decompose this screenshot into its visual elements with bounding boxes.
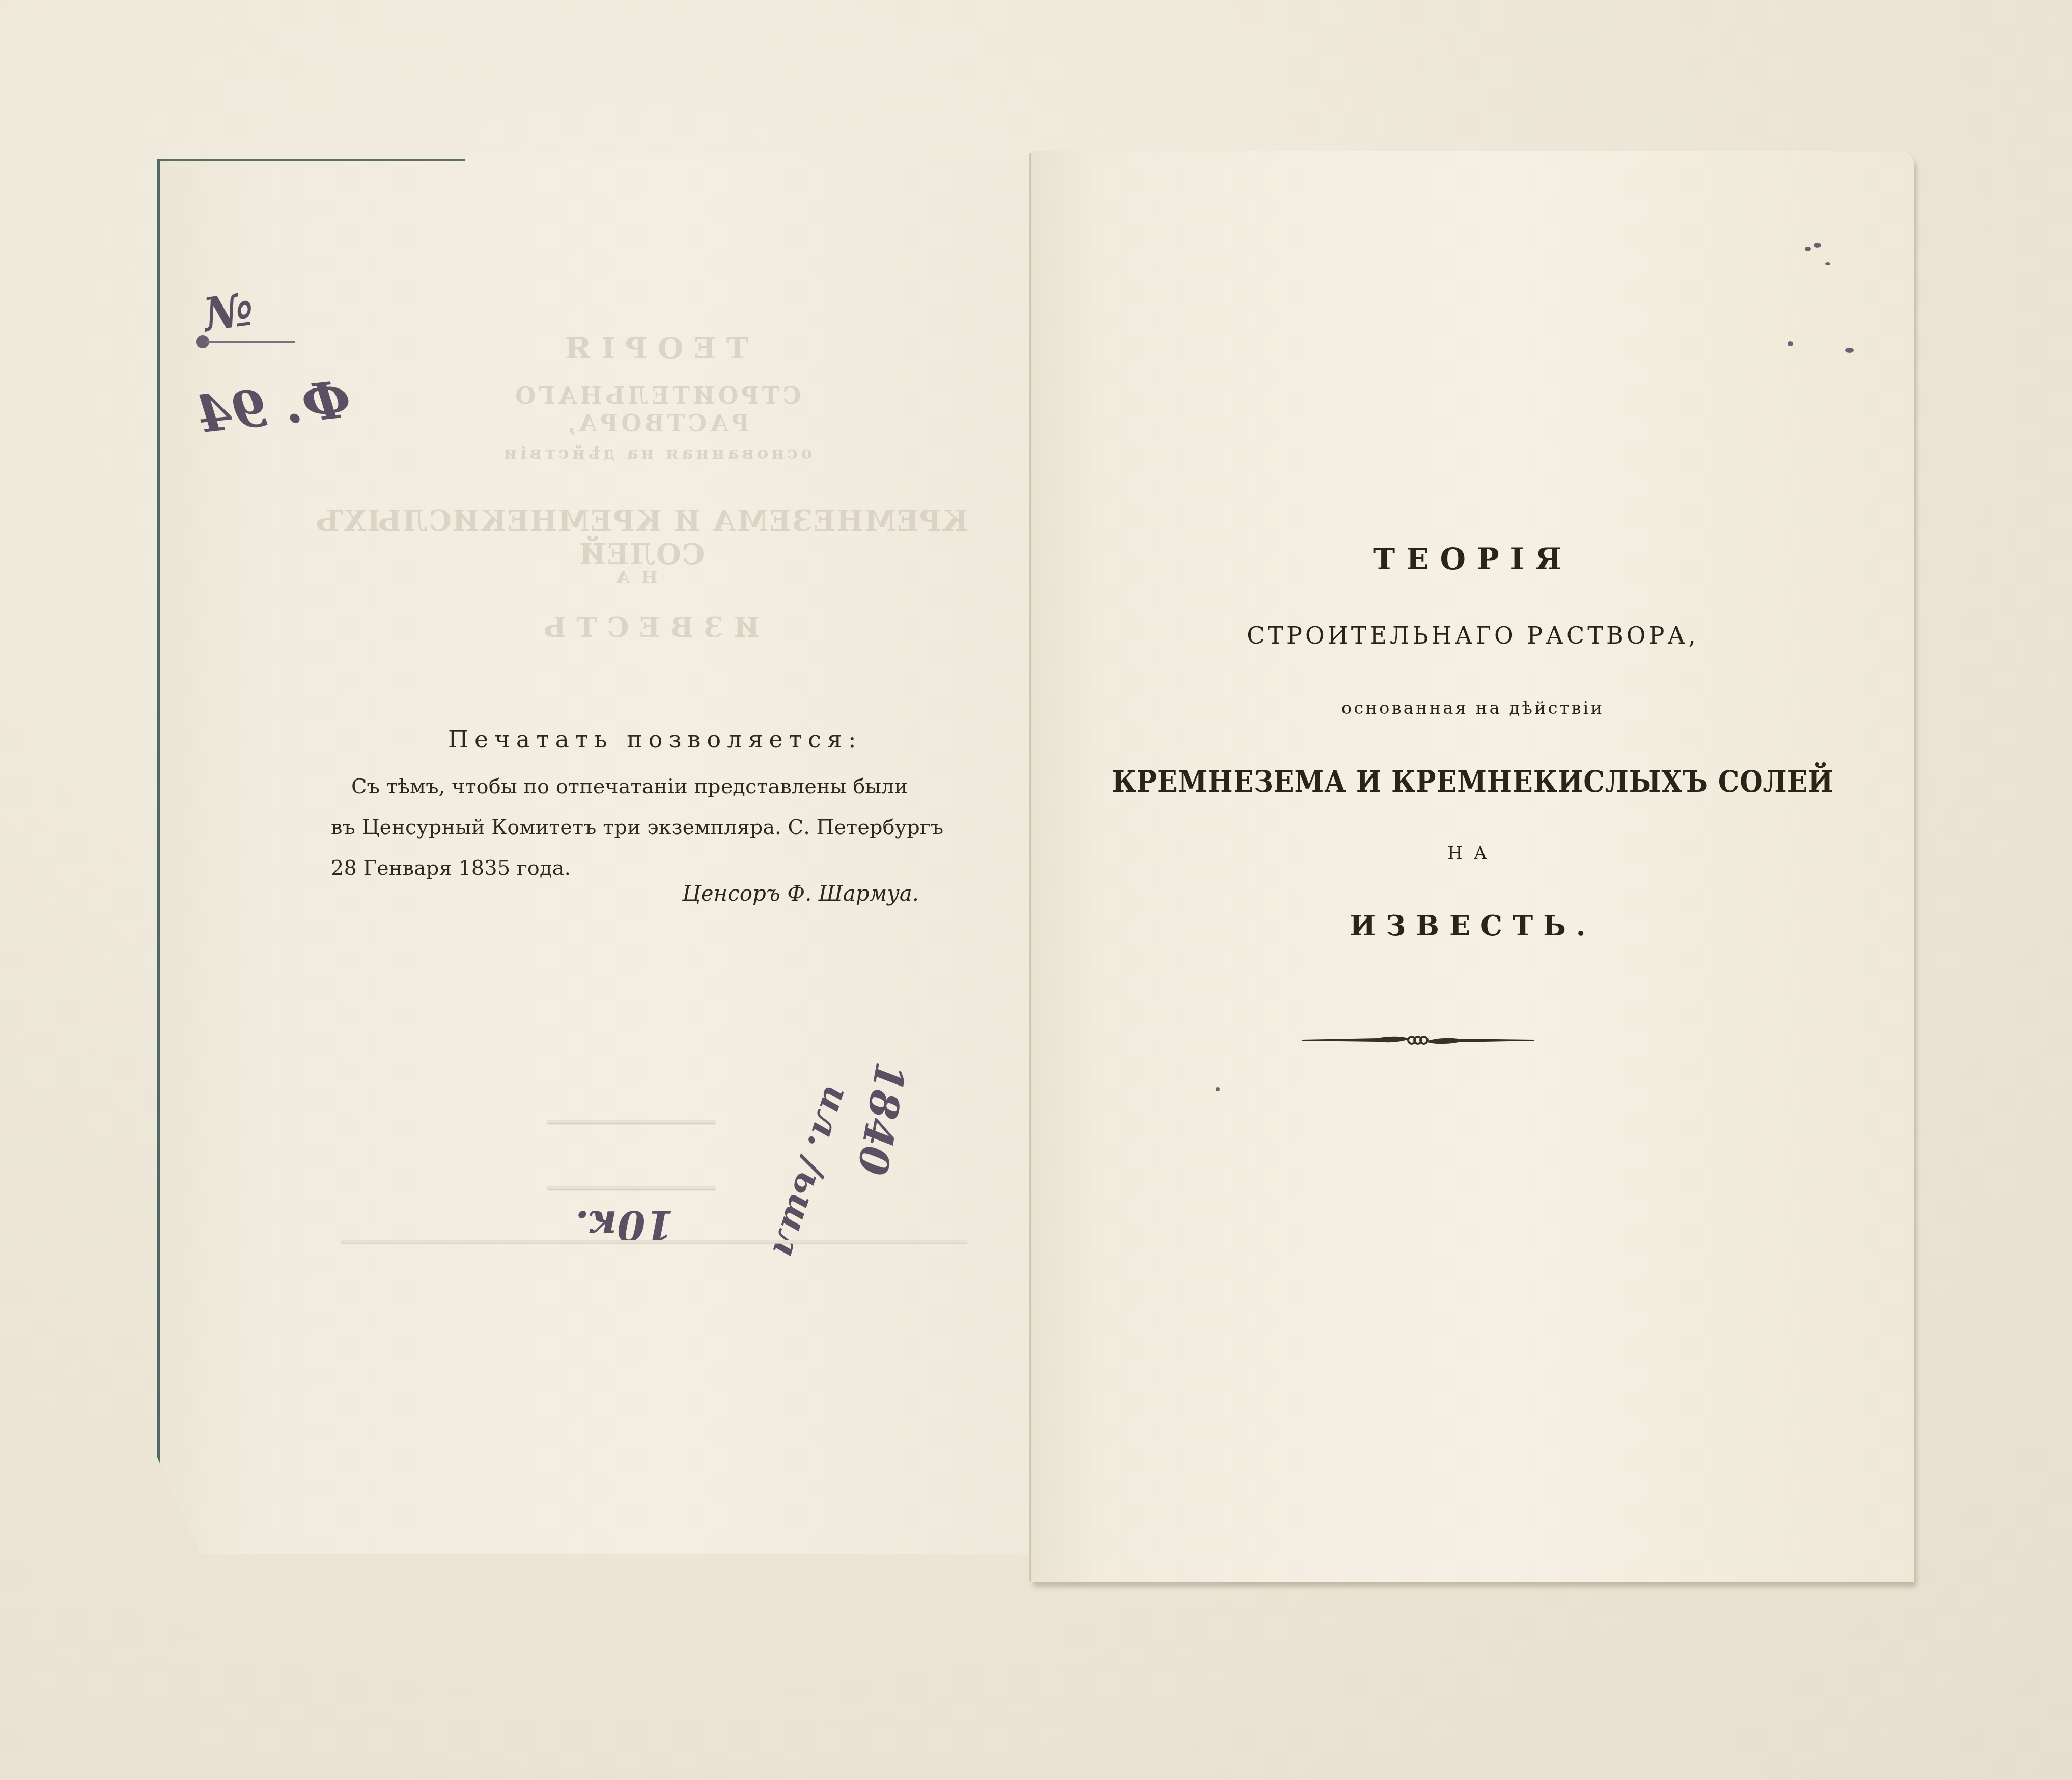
ink-speck — [1845, 348, 1854, 353]
title-based-on: основанная на дѣйствіи — [1031, 698, 1914, 718]
bleedthrough-main: КРЕМНЕЗЕМА И КРЕМНЕКИСЛЫХЪ СОЛЕЙ — [305, 504, 977, 571]
censor-permission-body: Съ тѣмъ, чтобы по отпечатаніи представле… — [331, 766, 988, 888]
permission-line: Съ тѣмъ, чтобы по отпечатаніи представле… — [331, 766, 988, 807]
ink-speck — [1216, 1087, 1220, 1091]
title-heading: ТЕОРІЯ — [1031, 542, 1914, 576]
handwritten-number-mark: № — [200, 282, 257, 343]
censor-permission-heading: Печатать позволяется: — [448, 726, 906, 753]
title-object: ИЗВЕСТЬ. — [1031, 909, 1914, 942]
title-subtitle: СТРОИТЕЛЬНАГО РАСТВОРА, — [1031, 622, 1914, 649]
ink-speck — [1814, 243, 1821, 248]
bleedthrough-na: НА — [580, 568, 682, 588]
bleedthrough-based-on: основанная на дѣйствіи — [484, 443, 830, 463]
embossed-rule — [547, 1186, 715, 1189]
bleedthrough-object: ИЗВЕСТЬ — [524, 611, 769, 644]
embossed-rule — [341, 1240, 967, 1243]
right-page — [1031, 151, 1914, 1582]
ink-speck — [1825, 262, 1830, 265]
permission-line: въ Ценсурный Комитетъ три экземпляра. С.… — [331, 807, 988, 848]
ink-speck — [1788, 341, 1793, 346]
decorative-rule-icon — [1301, 1033, 1535, 1048]
handwritten-underline — [206, 341, 295, 343]
embossed-rule — [547, 1120, 715, 1123]
ink-speck — [1805, 247, 1811, 251]
bleedthrough-subtitle: СТРОИТЕЛЬНАГО РАСТВОРА, — [438, 382, 876, 437]
title-preposition: НА — [1031, 843, 1914, 864]
bleedthrough-title: ТЕОРІЯ — [524, 331, 779, 366]
title-main-subject: КРЕМНЕЗЕМА И КРЕМНЕКИСЛЫХЪ СОЛЕЙ — [1076, 764, 1870, 799]
censor-signature: Ценсоръ Ф. Шармуа. — [682, 881, 919, 906]
